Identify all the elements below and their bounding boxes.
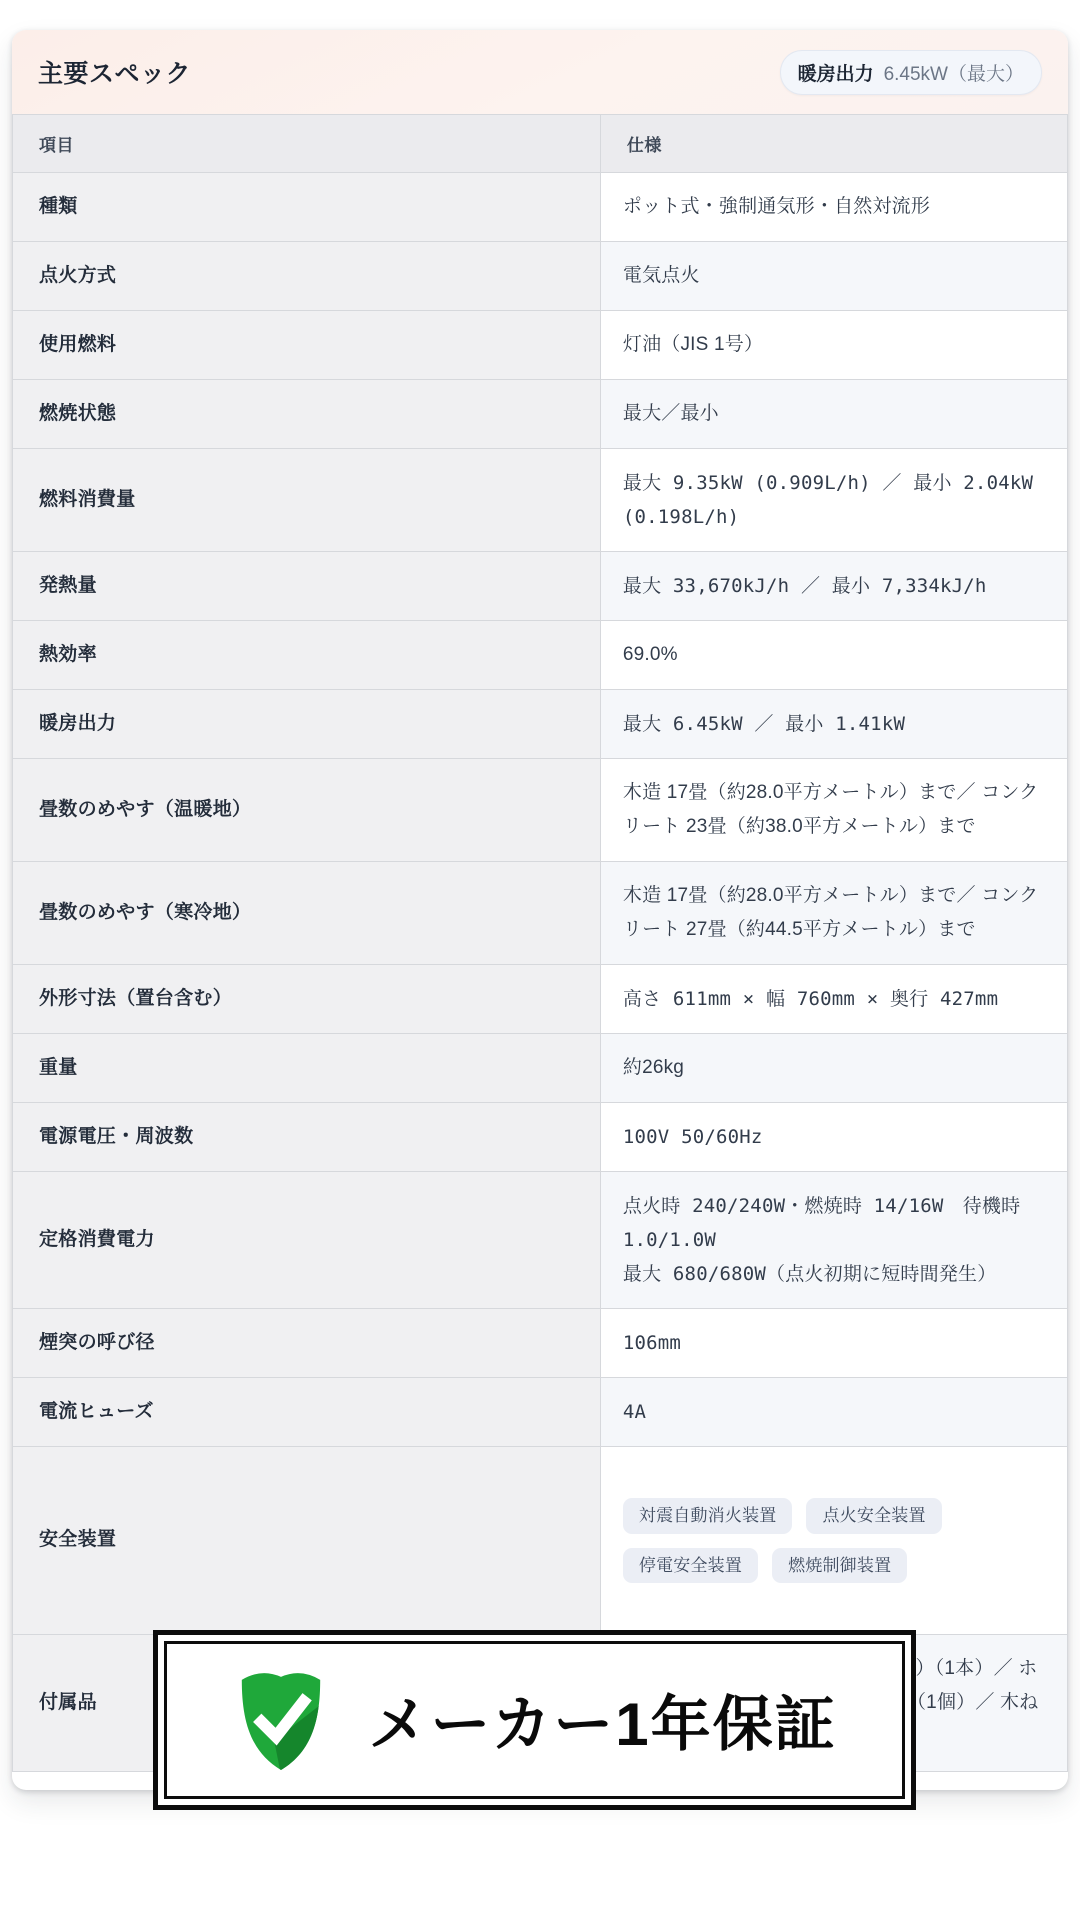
spec-value: 最大 6.45kW ／ 最小 1.41kW [600,690,1067,759]
safety-chip-list: 対震自動消火装置 点火安全装置 停電安全装置 燃焼制御装置 [623,1498,1045,1583]
warranty-banner: メーカー1年保証 [153,1630,916,1810]
table-row: 暖房出力 最大 6.45kW ／ 最小 1.41kW [13,690,1068,759]
spec-label: 点火方式 [13,242,601,311]
badge-label: 暖房出力 [798,59,874,86]
safety-chip: 燃焼制御装置 [772,1548,907,1584]
table-row: 発熱量 最大 33,670kJ/h ／ 最小 7,334kJ/h [13,552,1068,621]
table-row: 畳数のめやす（寒冷地） 木造 17畳（約28.0平方メートル）まで／ コンクリー… [13,862,1068,965]
spec-card: 主要スペック 暖房出力 6.45kW（最大） 項目 仕様 種類 ポット式・強制通… [12,30,1068,1790]
spec-label: 煙突の呼び径 [13,1309,601,1378]
table-row: 重量 約26kg [13,1034,1068,1103]
spec-value: 100V 50/60Hz [600,1103,1067,1172]
warranty-text: メーカー1年保証 [368,1677,836,1763]
table-row: 使用燃料 灯油（JIS 1号） [13,311,1068,380]
safety-chip: 点火安全装置 [806,1498,941,1534]
column-header-spec: 仕様 [600,115,1067,173]
spec-label: 定格消費電力 [13,1172,601,1309]
spec-label: 畳数のめやす（寒冷地） [13,862,601,965]
table-row: 燃料消費量 最大 9.35kW (0.909L/h) ／ 最小 2.04kW (… [13,449,1068,552]
spec-value: ポット式・強制通気形・自然対流形 [600,173,1067,242]
page-title: 主要スペック [38,54,191,90]
spec-value: 灯油（JIS 1号） [600,311,1067,380]
table-row: 電流ヒューズ 4A [13,1378,1068,1447]
spec-label: 重量 [13,1034,601,1103]
spec-label: 使用燃料 [13,311,601,380]
table-row: 畳数のめやす（温暖地） 木造 17畳（約28.0平方メートル）まで／ コンクリー… [13,759,1068,862]
table-row: 燃焼状態 最大／最小 [13,380,1068,449]
spec-label: 安全装置 [13,1447,601,1635]
spec-label: 外形寸法（置台含む） [13,965,601,1034]
table-row: 安全装置 対震自動消火装置 点火安全装置 停電安全装置 燃焼制御装置 [13,1447,1068,1635]
badge-value: 6.45kW（最大） [884,59,1024,86]
spec-label: 電源電圧・周波数 [13,1103,601,1172]
table-row: 煙突の呼び径 106mm [13,1309,1068,1378]
warranty-banner-inner: メーカー1年保証 [164,1641,905,1799]
spec-label: 電流ヒューズ [13,1378,601,1447]
table-row: 電源電圧・周波数 100V 50/60Hz [13,1103,1068,1172]
table-row: 種類 ポット式・強制通気形・自然対流形 [13,173,1068,242]
spec-label: 燃料消費量 [13,449,601,552]
safety-chip: 対震自動消火装置 [623,1498,793,1534]
spec-value: 最大／最小 [600,380,1067,449]
spec-card-header: 主要スペック 暖房出力 6.45kW（最大） [12,30,1068,114]
spec-value: 点火時 240/240W・燃焼時 14/16W 待機時 1.0/1.0W 最大 … [600,1172,1067,1309]
spec-label: 熱効率 [13,621,601,690]
spec-table: 項目 仕様 種類 ポット式・強制通気形・自然対流形 点火方式 電気点火 使用燃料… [12,114,1068,1772]
table-row: 外形寸法（置台含む） 高さ 611mm × 幅 760mm × 奥行 427mm [13,965,1068,1034]
spec-value: 電気点火 [600,242,1067,311]
spec-value: 高さ 611mm × 幅 760mm × 奥行 427mm [600,965,1067,1034]
table-row: 熱効率 69.0% [13,621,1068,690]
spec-table-header: 項目 仕様 [13,115,1068,173]
spec-value: 木造 17畳（約28.0平方メートル）まで／ コンクリート 27畳（約44.5平… [600,862,1067,965]
spec-label: 畳数のめやす（温暖地） [13,759,601,862]
spec-label: 発熱量 [13,552,601,621]
spec-value: 最大 9.35kW (0.909L/h) ／ 最小 2.04kW (0.198L… [600,449,1067,552]
spec-value: 木造 17畳（約28.0平方メートル）まで／ コンクリート 23畳（約38.0平… [600,759,1067,862]
safety-chip: 停電安全装置 [623,1548,758,1584]
heating-output-badge: 暖房出力 6.45kW（最大） [780,50,1042,95]
table-row: 定格消費電力 点火時 240/240W・燃焼時 14/16W 待機時 1.0/1… [13,1172,1068,1309]
spec-label: 暖房出力 [13,690,601,759]
spec-label: 燃焼状態 [13,380,601,449]
table-row: 点火方式 電気点火 [13,242,1068,311]
column-header-item: 項目 [13,115,601,173]
header-row: 項目 仕様 [13,115,1068,173]
spec-value: 106mm [600,1309,1067,1378]
shield-check-icon [232,1663,330,1777]
spec-value: 69.0% [600,621,1067,690]
spec-value: 最大 33,670kJ/h ／ 最小 7,334kJ/h [600,552,1067,621]
spec-value: 約26kg [600,1034,1067,1103]
spec-value: 4A [600,1378,1067,1447]
spec-value-safety: 対震自動消火装置 点火安全装置 停電安全装置 燃焼制御装置 [600,1447,1067,1635]
spec-label: 種類 [13,173,601,242]
